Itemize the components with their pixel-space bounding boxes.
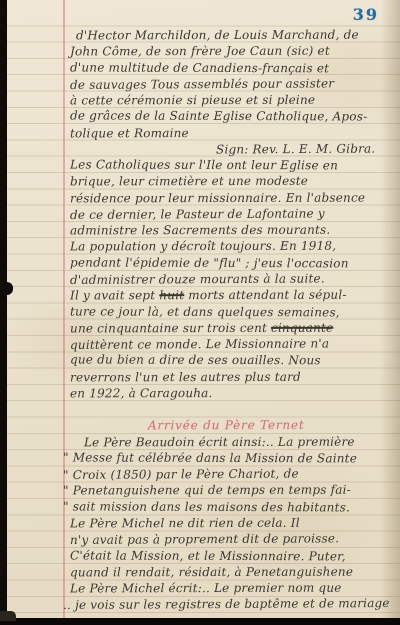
text-segment: La population y décroît toujours. En 191… — [70, 239, 336, 254]
text-line: " Croix (1850) par le Père Chariot, de — [63, 465, 392, 483]
text-line: Il y avait sept huit morts attendant la … — [70, 287, 392, 304]
text-line: Le Père Michel écrit:.. Le premier nom q… — [70, 580, 392, 597]
text-segment: d'administrer douze mourants à la suite. — [70, 271, 325, 287]
text-segment: " Croix (1850) par le Père Chariot, de — [63, 467, 299, 482]
text-segment: n'y avait pas à proprement dit de parois… — [70, 532, 339, 548]
text-segment: à cette cérémonie si pieuse et si pleine — [70, 93, 315, 108]
text-segment: morts attendant la sépul- — [184, 288, 346, 302]
text-line: " Messe fut célébrée dans la Mission de … — [63, 449, 392, 466]
crossed-out-word: huit — [159, 288, 184, 302]
text-line: pendant l'épidemie de "flu" ; j'eus l'oc… — [70, 254, 392, 271]
text-segment: de grâces de la Sainte Eglise Catholique… — [70, 109, 367, 124]
text-line: quittèrent ce monde. Le Missionnaire n'a — [70, 335, 392, 353]
text-line: reverrons l'un et les autres plus tard — [70, 368, 392, 385]
text-line: Le Père Michel ne dit rien de cela. Il — [70, 515, 392, 532]
text-line: résidence pour leur missionnaire. En l'a… — [70, 189, 392, 206]
text-segment: John Côme, de son frère Joe Caun (sic) e… — [70, 44, 330, 59]
text-segment: que du bien a dire de ses ouailles. Nous — [70, 353, 321, 368]
margin-line — [63, 0, 65, 625]
binding-mark-icon — [0, 6, 6, 16]
text-segment: reverrons l'un et les autres plus tard — [70, 369, 301, 384]
text-line: administre les Sacrements des mourants. — [70, 222, 392, 239]
text-line: brique, leur cimetière et une modeste — [70, 173, 392, 190]
crossed-out-word: cinquante — [271, 321, 333, 335]
text-line — [70, 400, 392, 418]
text-line: " sait mission dans les maisons des habi… — [63, 498, 392, 515]
text-segment: " sait mission dans les maisons des habi… — [63, 499, 350, 514]
text-line: La population y décroît toujours. En 191… — [70, 238, 392, 255]
text-line: de grâces de la Sainte Eglise Catholique… — [70, 108, 392, 125]
text-line: quand il rendait, résidait, à Penetangui… — [70, 563, 392, 580]
manuscript-scan: 39 d'Hector Marchildon, de Louis Marchan… — [0, 0, 400, 625]
text-segment: C'était la Mission, et le Missionnaire. … — [70, 548, 346, 563]
text-segment: résidence pour leur missionnaire. En l'a… — [70, 190, 365, 205]
text-segment: quand il rendait, résidait, à Penetangui… — [70, 564, 353, 579]
text-segment: de ce dernier, le Pasteur de Lafontaine … — [70, 206, 325, 222]
text-segment: Il y avait sept — [70, 288, 159, 302]
text-segment: " Messe fut célébrée dans la Mission de … — [63, 450, 357, 465]
text-segment: quittèrent ce monde. Le Missionnaire n'a — [70, 336, 329, 352]
text-line: Le Père Beaudoin écrit ainsi:.. La premi… — [84, 433, 392, 450]
text-line: de ce dernier, le Pasteur de Lafontaine … — [70, 205, 392, 223]
text-line: C'était la Mission, et le Missionnaire. … — [70, 547, 392, 564]
text-segment: Le Père Beaudoin écrit ainsi:.. La premi… — [84, 434, 355, 449]
section-heading: Arrivée du Père Ternet — [148, 417, 392, 434]
text-segment: Le Père Michel écrit:.. Le premier nom q… — [70, 581, 342, 596]
text-line: une cinquantaine sur trois cent cinquant… — [70, 319, 392, 336]
binding-mark-icon — [0, 560, 5, 582]
binding-corner — [0, 611, 16, 621]
text-segment: une cinquantaine sur trois cent — [70, 321, 271, 336]
text-line: d'Hector Marchildon, de Louis Marchand, … — [76, 27, 392, 44]
text-segment: administre les Sacrements des mourants. — [70, 223, 330, 238]
text-line: d'administrer douze mourants à la suite. — [70, 270, 392, 288]
text-line: Sign: Rev. L. E. M. Gibra. — [216, 140, 392, 157]
text-segment: d'une multitude de Canadiens-français et — [70, 60, 329, 75]
text-line: John Côme, de son frère Joe Caun (sic) e… — [70, 43, 392, 60]
binding-edge — [0, 618, 400, 625]
text-line: Les Catholiques sur l'Ile ont leur Eglis… — [70, 157, 392, 174]
text-segment: Le Père Michel ne dit rien de cela. Il — [70, 516, 300, 531]
text-segment: ture ce jour là, et dans quelques semain… — [70, 304, 340, 319]
text-segment: .. je vois sur les registres de baptême … — [63, 596, 390, 612]
text-segment: brique, leur cimetière et une modeste — [70, 174, 308, 189]
text-segment: Arrivée du Père Ternet — [148, 418, 304, 432]
text-line: que du bien a dire de ses ouailles. Nous — [70, 352, 392, 369]
text-segment: en 1922, à Caragouha. — [70, 386, 213, 400]
text-line: tolique et Romaine — [70, 124, 392, 141]
text-line: à cette cérémonie si pieuse et si pleine — [70, 92, 392, 109]
text-line: en 1922, à Caragouha. — [70, 384, 392, 401]
text-line: " Penetanguishene qui de temps en temps … — [63, 482, 392, 499]
text-segment: pendant l'épidemie de "flu" ; j'eus l'oc… — [70, 255, 349, 270]
page-number: 39 — [353, 5, 379, 24]
text-segment: d'Hector Marchildon, de Louis Marchand, … — [76, 28, 359, 43]
text-segment: de sauvages Tous assemblés pour assister — [70, 76, 334, 92]
text-line: de sauvages Tous assemblés pour assister — [70, 75, 392, 93]
text-line: ture ce jour là, et dans quelques semain… — [70, 303, 392, 320]
text-block: d'Hector Marchildon, de Louis Marchand, … — [70, 27, 392, 613]
text-segment: Sign: Rev. L. E. M. Gibra. — [216, 141, 375, 156]
text-line: d'une multitude de Canadiens-français et — [70, 59, 392, 76]
text-segment: Les Catholiques sur l'Ile ont leur Eglis… — [70, 158, 338, 173]
text-line: .. je vois sur les registres de baptême … — [63, 595, 392, 613]
text-segment: " Penetanguishene qui de temps en temps … — [63, 483, 351, 498]
binding-tab-icon — [0, 282, 13, 295]
text-line: n'y avait pas à proprement dit de parois… — [70, 530, 392, 548]
text-segment: tolique et Romaine — [70, 126, 189, 140]
